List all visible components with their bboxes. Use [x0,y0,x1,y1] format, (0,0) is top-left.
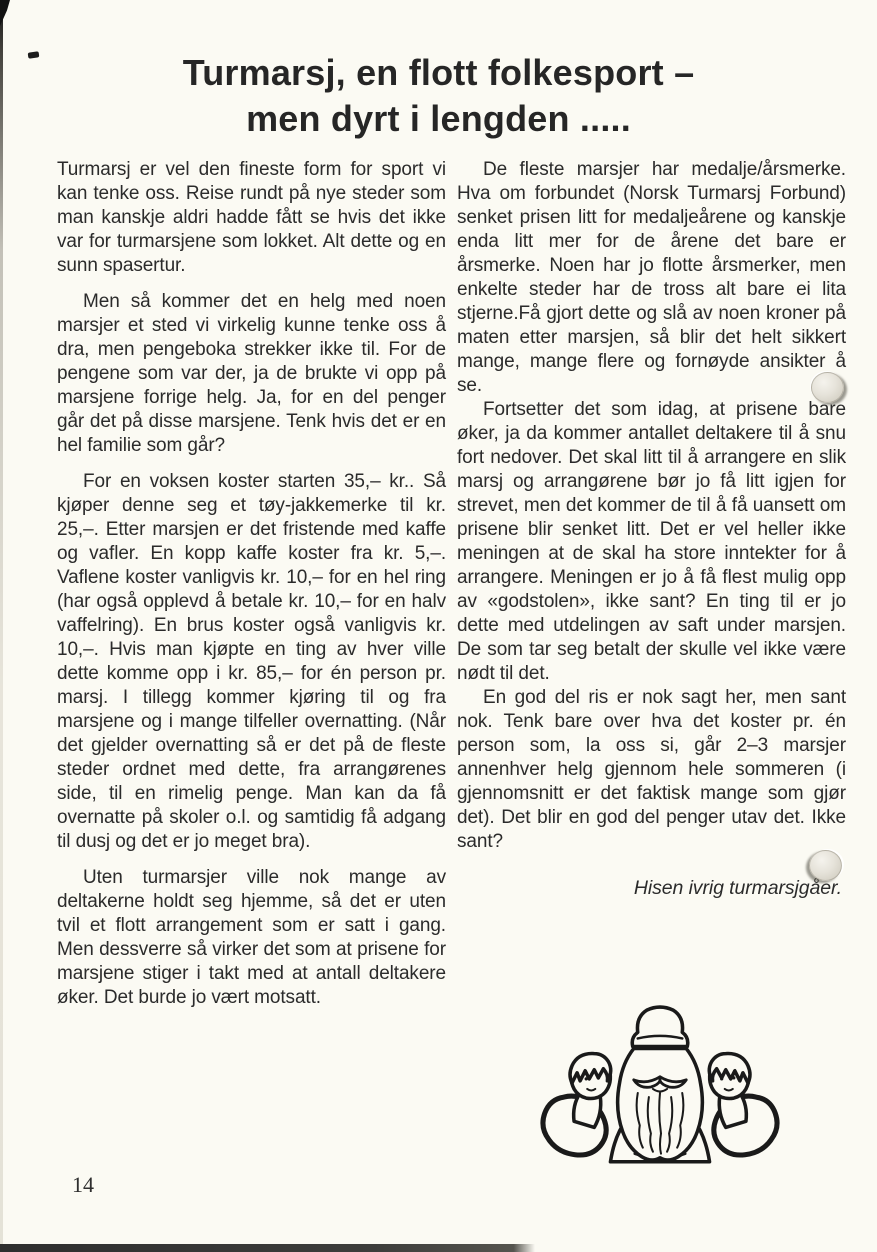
paragraph: Men så kommer det en helg med noen marsj… [57,290,446,458]
author-signature: Hisen ivrig turmarsjgåer. [457,876,846,900]
left-column: Turmarsj er vel den fineste form for spo… [57,158,446,1010]
santa-with-children-illustration [531,1000,789,1182]
page-number: 14 [72,1172,94,1198]
article-title-line2: men dyrt i lengden ..... [0,96,877,142]
paragraph: Turmarsj er vel den fineste form for spo… [57,158,446,278]
binder-hole-top [811,372,844,403]
paragraph: De fleste marsjer har medalje/årsmerke. … [457,158,846,398]
paragraph: Uten turmarsjer ville nok mange av delta… [57,866,446,1010]
binder-hole-bottom [809,850,842,881]
paragraph: En god del ris er nok sagt her, men sant… [457,686,846,854]
article-body: Turmarsj er vel den fineste form for spo… [0,142,877,1010]
scan-left-edge [0,0,3,1252]
right-column: De fleste marsjer har medalje/årsmerke. … [457,158,846,1010]
magazine-page: Turmarsj, en flott folkesport – men dyrt… [0,0,877,1252]
article-title-line1: Turmarsj, en flott folkesport – [0,50,877,96]
scan-bottom-edge [0,1244,535,1252]
article-title: Turmarsj, en flott folkesport – men dyrt… [0,0,877,142]
paragraph: Fortsetter det som idag, at prisene bare… [457,398,846,686]
paragraph: For en voksen koster starten 35,– kr.. S… [57,470,446,854]
